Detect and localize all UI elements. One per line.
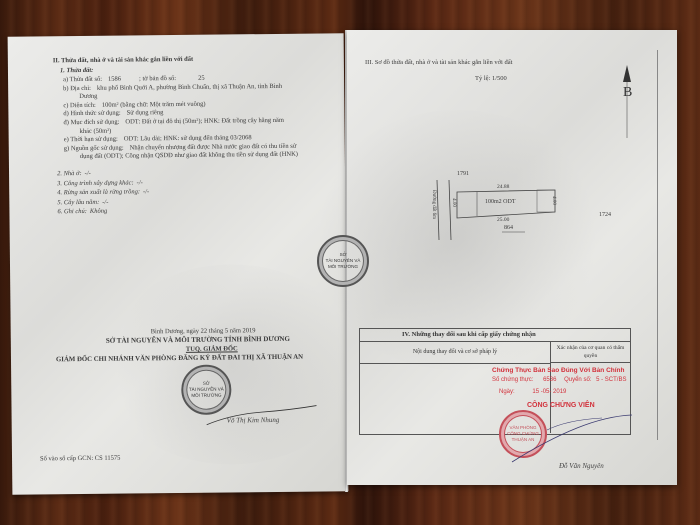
certification-date-row: Ngày: 15 -05- 2019 <box>499 388 566 397</box>
column-header-content: Nội dung thay đổi và cơ sở pháp lý <box>360 341 550 364</box>
register-number: Số vào sổ cấp GCN: CS 11575 <box>40 454 120 464</box>
detail-label: e) Thời hạn sử dụng: <box>64 136 118 144</box>
certification-header: Chứng Thực Bản Sao Đúng Với Bản Chính <box>492 366 624 375</box>
edge-left: 4.00 <box>449 198 458 207</box>
margin-line <box>657 50 658 440</box>
detail-value: 100m² (bằng chữ: Một trăm mét vuông) <box>102 101 206 109</box>
parcel-north: 1791 <box>457 170 469 179</box>
item-value: Không <box>90 208 107 215</box>
section-title-diagram: III. Sơ đồ thửa đất, nhà ở và tài sản kh… <box>365 58 512 67</box>
column-header-authority: Xác nhận của cơ quan có thẩm quyền <box>550 341 630 363</box>
cert-book-label: Quyển số: <box>564 377 591 383</box>
detail-label: a) Thửa đất số: <box>63 76 102 83</box>
parcel-south: 864 <box>504 224 513 233</box>
detail-label: d) Hình thức sử dụng: <box>63 110 120 118</box>
section-title-land: II. Thửa đất, nhà ở và tài sản khác gắn … <box>53 55 193 65</box>
edge-bottom: 25.00 <box>497 216 509 225</box>
item-label: 3. Công trình xây dựng khác: <box>57 179 134 187</box>
edge-top: 24.88 <box>497 183 509 192</box>
cert-book: 5 - SCT/BS <box>596 377 626 383</box>
asset-item: 5. Cây lâu năm:-/- <box>57 197 108 207</box>
detail-value: Dương <box>79 93 97 100</box>
map-scale: Tỷ lệ: 1/500 <box>475 74 507 83</box>
item-value: -/- <box>85 170 91 177</box>
detail-label: g) Nguồn gốc sử dụng: <box>64 144 124 152</box>
detail-value: Sử dụng riêng <box>127 110 164 117</box>
cert-date-label: Ngày: <box>499 389 515 395</box>
item-label: 5. Cây lâu năm: <box>57 198 99 205</box>
signatory-name: Võ Thị Kim Nhung <box>227 416 280 425</box>
cert-number: 6536 <box>543 377 556 383</box>
certification-number-row: Số chứng thực: 6536 Quyển số: 5 - SCT/BS <box>492 376 626 385</box>
asset-item: 3. Công trình xây dựng khác:-/- <box>57 178 143 188</box>
detail-value: 25 <box>198 75 205 82</box>
item-value: -/- <box>143 188 149 195</box>
edge-right: 4.00 <box>549 196 558 205</box>
asset-item: 2. Nhà ở:-/- <box>57 169 91 178</box>
asset-item: 4. Rừng sản xuất là rừng trồng:-/- <box>57 187 149 197</box>
cert-number-label: Số chứng thực: <box>492 377 533 383</box>
land-detail-line: dụng đất (ODT); Công nhận QSDĐ như giao … <box>74 150 298 161</box>
notary-signature-stroke <box>507 400 637 470</box>
certificate-left-page: II. Thửa đất, nhà ở và tài sản khác gắn … <box>8 33 349 494</box>
road-label: Đường đất 6m <box>429 190 438 219</box>
signature-stroke <box>201 394 321 435</box>
land-heading: 1. Thửa đất: <box>60 66 93 75</box>
detail-label: c) Diện tích: <box>63 102 96 109</box>
notary-signature-name: Đỗ Văn Nguyên <box>559 462 604 470</box>
detail-value: khu phố Bình Quới A, phường Bình Chuẩn, … <box>97 82 282 91</box>
asset-item: 6. Ghi chú:Không <box>57 207 107 217</box>
parcel-east: 1724 <box>599 211 611 220</box>
detail-label: đ) Mục đích sử dụng: <box>63 119 119 127</box>
item-value: -/- <box>137 179 143 186</box>
branch-title: GIÁM ĐỐC CHI NHÁNH VĂN PHÒNG ĐĂNG KÝ ĐẤT… <box>56 353 303 365</box>
item-value: -/- <box>102 198 108 205</box>
plot-area-label: 100m2 ODT <box>485 198 516 207</box>
detail-value: khác (50m²) <box>80 127 112 134</box>
detail-label: b) Địa chỉ: <box>63 84 91 91</box>
certificate-right-page: III. Sơ đồ thửa đất, nhà ở và tài sản kh… <box>347 30 677 485</box>
item-label: 6. Ghi chú: <box>57 208 87 215</box>
item-label: 4. Rừng sản xuất là rừng trồng: <box>57 188 140 196</box>
detail-value: dụng đất (ODT); Công nhận QSDĐ như giao … <box>80 151 298 160</box>
lighting-shadow <box>100 263 362 466</box>
official-seal-middle: SỞ TÀI NGUYÊN VÀ MÔI TRƯỜNG <box>317 235 369 287</box>
detail-label: ; tờ bản đồ số: <box>139 75 176 82</box>
detail-value: ODT: Đất ở tại đô thị (50m²); HNK: Đất t… <box>125 117 284 126</box>
north-label: B <box>623 85 632 101</box>
detail-value: 1586 <box>108 76 121 83</box>
cert-date: 15 -05- 2019 <box>532 389 566 395</box>
seal-text: MÔI TRƯỜNG <box>328 264 358 270</box>
item-label: 2. Nhà ở: <box>57 170 82 177</box>
